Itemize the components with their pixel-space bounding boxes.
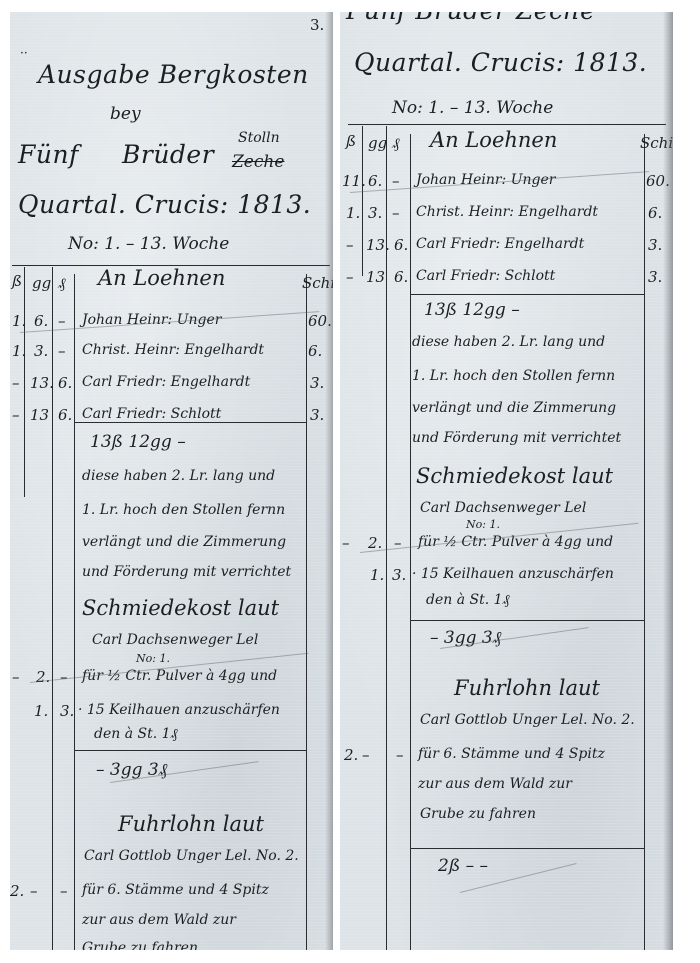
- weeks-line: No: 1. – 13. Woche: [392, 98, 553, 118]
- cell-pfennig: –: [392, 204, 400, 222]
- cell-shifts: 3.: [648, 268, 662, 286]
- cell-name: Christ. Heinr: Engelhardt: [416, 204, 598, 220]
- cell-text: für 6. Stämme und 4 Spitz: [82, 882, 269, 898]
- cell-pfennig: 6.: [58, 374, 72, 392]
- col-header-thaler: ß: [346, 132, 356, 150]
- section-rule: [410, 848, 644, 849]
- weeks-line: No: 1. – 13. Woche: [68, 234, 229, 254]
- cell-thaler: 1.: [370, 566, 384, 584]
- column-rule: [74, 274, 75, 950]
- cell-shifts: 3.: [310, 406, 324, 424]
- cell-thaler: 1.: [12, 312, 26, 330]
- col-header-shifts: Schi.: [302, 274, 333, 292]
- cell-groschen: –: [30, 882, 38, 900]
- cell-groschen: 6.: [368, 172, 382, 190]
- cell-text: den à St. 1₰: [94, 726, 178, 743]
- cell-text: für ½ Ctr. Pulver à 4gg und: [82, 668, 277, 684]
- cell-groschen: 2.: [36, 668, 50, 686]
- section-rule: [410, 620, 644, 621]
- cell-name: Carl Friedr: Schlott: [416, 268, 555, 284]
- right-page: Fünf Brüder Zeche Quartal. Crucis: 1813.…: [340, 12, 673, 950]
- cell-shifts: 3.: [310, 374, 324, 392]
- cell-pfennig: –: [58, 312, 66, 330]
- section-rule: [410, 294, 644, 295]
- subtotal-cartage: 2ß – –: [438, 856, 488, 876]
- smith-name: Carl Dachsenweger Lel: [92, 632, 258, 648]
- section-heading-cartage: Fuhrlohn laut: [454, 676, 600, 700]
- cell-pfennig: 6.: [58, 406, 72, 424]
- smith-number: No: 1.: [136, 652, 170, 665]
- cell-thaler: 11.: [342, 172, 366, 190]
- cell-text: den à St. 1₰: [426, 592, 510, 609]
- column-rule: [410, 134, 411, 950]
- cell-groschen: –: [362, 746, 370, 764]
- cell-thaler: –: [12, 406, 20, 424]
- cell-groschen: 13.: [366, 236, 390, 254]
- cell-shifts: 6.: [648, 204, 662, 222]
- col-header-shifts: Schi.: [640, 134, 673, 152]
- col-header-groschen: gg: [32, 274, 51, 292]
- cell-groschen: 3.: [392, 566, 406, 584]
- section-heading-wages: An Loehnen: [430, 128, 557, 152]
- cell-name: Carl Friedr: Engelhardt: [82, 374, 250, 390]
- column-rule: [52, 267, 53, 950]
- section-rule: [74, 750, 306, 751]
- cell-groschen: 3.: [368, 204, 382, 222]
- title-line-2: bey: [110, 104, 141, 124]
- cell-text: zur aus dem Wald zur: [418, 776, 572, 792]
- col-header-pfennig: ₰: [392, 134, 400, 153]
- note-line: diese haben 2. Lr. lang und: [82, 468, 275, 484]
- section-heading-smith: Schmiedekost laut: [82, 596, 279, 620]
- cell-shifts: 3.: [648, 236, 662, 254]
- cell-thaler: 2.: [344, 746, 358, 764]
- cell-name: Carl Friedr: Engelhardt: [416, 236, 584, 252]
- subtotal-wages: 13ß 12gg –: [90, 432, 186, 452]
- section-heading-smith: Schmiedekost laut: [416, 464, 613, 488]
- cell-thaler: –: [346, 236, 354, 254]
- column-rule: [306, 274, 307, 950]
- cell-pfennig: –: [392, 172, 400, 190]
- section-rule: [74, 422, 306, 423]
- cell-pfennig: 6.: [394, 236, 408, 254]
- subtotal-wages: 13ß 12gg –: [424, 300, 520, 320]
- col-header-groschen: gg: [368, 134, 387, 152]
- note-line: und Förderung mit verrichtet: [82, 564, 291, 580]
- cell-pfennig: –: [60, 668, 68, 686]
- page-number: 3.: [310, 16, 324, 34]
- cell-thaler: –: [342, 534, 350, 552]
- cell-groschen: 13: [30, 406, 49, 424]
- cell-text: Grube zu fahren: [82, 940, 198, 950]
- cell-thaler: –: [346, 268, 354, 286]
- cell-pfennig: 6.: [394, 268, 408, 286]
- cell-thaler: 1.: [346, 204, 360, 222]
- title-line-4: Quartal. Crucis: 1813.: [18, 190, 311, 219]
- cell-text: für 6. Stämme und 4 Spitz: [418, 746, 605, 762]
- cell-thaler: 1.: [12, 342, 26, 360]
- note-line: 1. Lr. hoch den Stollen fernn: [82, 502, 285, 518]
- cell-text: Grube zu fahren: [420, 806, 536, 822]
- cell-groschen: 13.: [30, 374, 54, 392]
- cell-pfennig: –: [58, 342, 66, 360]
- cell-pfennig: –: [396, 746, 404, 764]
- cell-shifts: 60.: [308, 312, 332, 330]
- smith-number: No: 1.: [466, 518, 500, 531]
- title-word-funf: Fünf: [18, 140, 79, 169]
- col-header-thaler: ß: [12, 272, 22, 290]
- cell-thaler: –: [12, 668, 20, 686]
- column-rule: [362, 126, 363, 276]
- cell-text: · 15 Keilhauen anzuschärfen: [412, 566, 614, 582]
- cell-text: · 15 Keilhauen anzuschärfen: [78, 702, 280, 718]
- cell-groschen: 3.: [60, 702, 74, 720]
- cell-name: Christ. Heinr: Engelhardt: [82, 342, 264, 358]
- cell-text: zur aus dem Wald zur: [82, 912, 236, 928]
- subtotal-smith: – 3gg 3₰: [96, 760, 167, 780]
- cell-name: Carl Friedr: Schlott: [82, 406, 221, 422]
- note-line: diese haben 2. Lr. lang und: [412, 334, 605, 350]
- section-heading-cartage: Fuhrlohn laut: [118, 812, 264, 836]
- cell-groschen: 3.: [34, 342, 48, 360]
- cell-thaler: –: [12, 374, 20, 392]
- title-word-bruder: Brüder: [122, 140, 214, 169]
- section-heading-wages: An Loehnen: [98, 266, 225, 290]
- cell-groschen: 6.: [34, 312, 48, 330]
- note-line: 1. Lr. hoch den Stollen fernn: [412, 368, 615, 384]
- title-struck-word: Zeche: [232, 152, 284, 172]
- cell-thaler: 2.: [10, 882, 24, 900]
- margin-dots: ··: [20, 46, 28, 60]
- title-cut-line: Fünf Brüder Zeche: [346, 12, 595, 25]
- title-insert-word: Stolln: [238, 130, 280, 146]
- column-rule: [24, 267, 25, 497]
- note-line: verlängt und die Zimmerung: [412, 400, 616, 416]
- title-line-1: Ausgabe Bergkosten: [38, 60, 309, 89]
- note-line: und Förderung mit verrichtet: [412, 430, 621, 446]
- title-line: Quartal. Crucis: 1813.: [354, 48, 647, 77]
- header-rule: [348, 124, 666, 125]
- cell-groschen: 13: [366, 268, 385, 286]
- cartage-name: Carl Gottlob Unger Lel. No. 2.: [84, 848, 299, 864]
- cell-shifts: 6.: [308, 342, 322, 360]
- cartage-name: Carl Gottlob Unger Lel. No. 2.: [420, 712, 635, 728]
- col-header-pfennig: ₰: [58, 274, 66, 293]
- smith-name: Carl Dachsenweger Lel: [420, 500, 586, 516]
- left-page: 3. ·· Ausgabe Bergkosten bey Fünf Brüder…: [10, 12, 333, 950]
- cell-pfennig: –: [60, 882, 68, 900]
- column-rule: [644, 134, 645, 950]
- cell-thaler: 1.: [34, 702, 48, 720]
- note-line: verlängt und die Zimmerung: [82, 534, 286, 550]
- cell-shifts: 60.: [646, 172, 670, 190]
